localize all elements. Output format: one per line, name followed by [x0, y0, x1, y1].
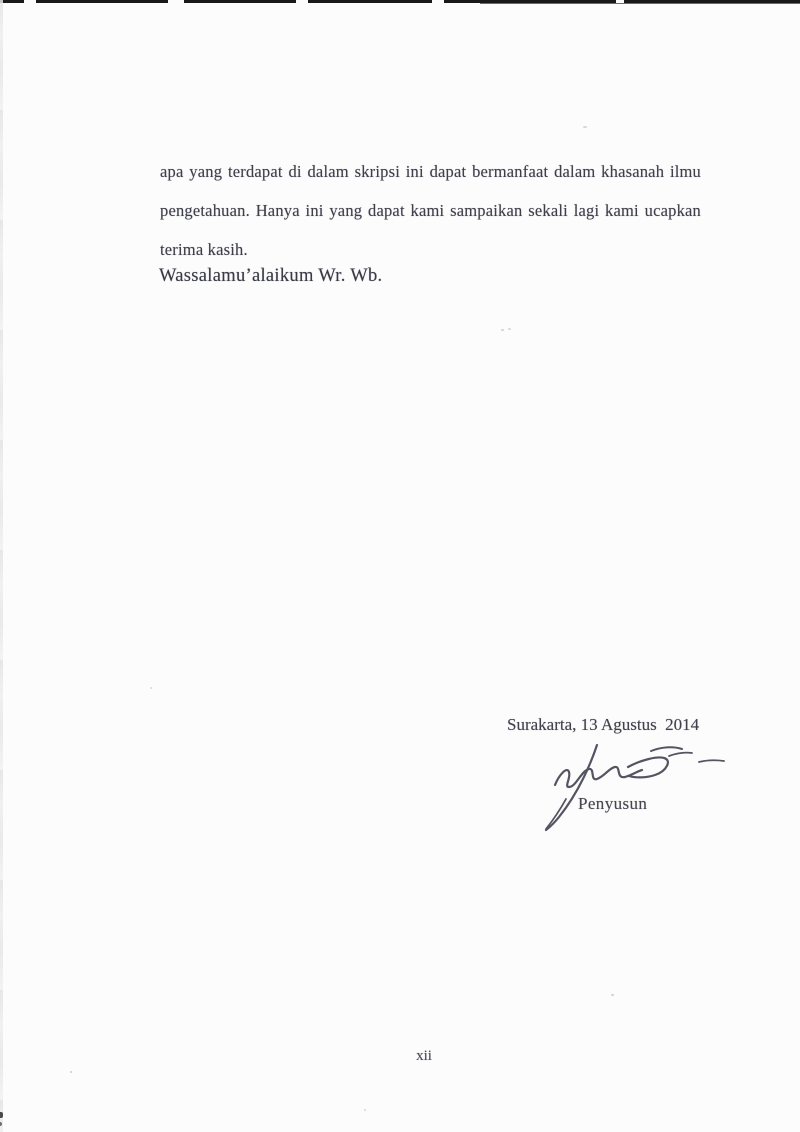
paragraph-line: terima kasih.	[160, 230, 701, 269]
scan-speck	[70, 1071, 72, 1073]
scan-speck	[364, 1109, 366, 1111]
acknowledgment-paragraph: apa yang terdapat di dalam skripsi ini d…	[160, 152, 701, 269]
place-date-text: Surakarta, 13 Agustus 2014	[507, 715, 699, 735]
handwritten-signature-icon	[533, 737, 729, 833]
scan-speck	[611, 994, 614, 996]
scan-edge-mark	[0, 1112, 3, 1118]
paragraph-line: pengetahuan. Hanya ini yang dapat kami s…	[160, 191, 701, 230]
scan-top-edge-artifact-secondary	[480, 3, 800, 4]
paragraph-line: apa yang terdapat di dalam skripsi ini d…	[160, 152, 701, 191]
scan-speck	[501, 329, 504, 331]
scan-speck	[508, 328, 511, 330]
salutation-text: Wassalamu’alaikum Wr. Wb.	[159, 266, 382, 287]
scan-speck	[583, 126, 587, 128]
page-number: xii	[402, 1048, 446, 1065]
scanned-document-page: apa yang terdapat di dalam skripsi ini d…	[0, 0, 800, 1132]
scan-left-edge-artifact	[0, 0, 3, 1132]
role-text: Penyusun	[578, 794, 647, 814]
scan-speck	[150, 687, 152, 689]
